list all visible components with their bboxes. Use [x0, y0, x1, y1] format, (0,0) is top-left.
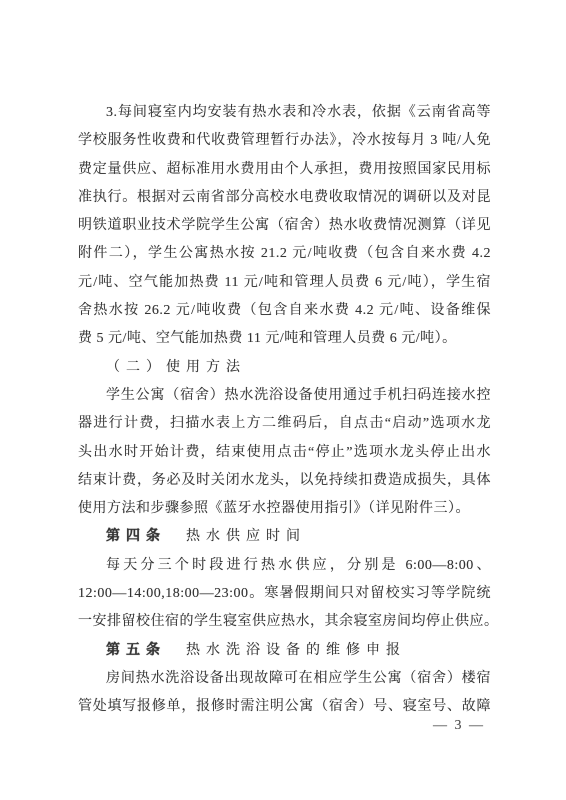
- line-text: 头出水时开始计费，结束使用点击“停止”选项水龙头停止出水: [78, 445, 491, 460]
- line-text: 器进行计费，扫描水表上方二维码后，自点击“启动”选项水龙: [78, 416, 491, 431]
- document-line: 每天分三个时段进行热水供应，分别是 6:00—8:00、: [78, 552, 491, 580]
- document-line: 第五条 热水洗浴设备的维修申报: [78, 637, 491, 665]
- line-text: 热水洗浴设备的维修申报: [166, 643, 406, 658]
- line-text: 附件二），学生公寓热水按 21.2 元/吨收费（包含自来水费 4.2: [78, 246, 491, 261]
- line-text: 学生公寓（宿舍）热水洗浴设备使用通过手机扫码连接水控: [106, 388, 491, 403]
- document-line: 使用方法和步骤参照《蓝牙水控器使用指引》（详见附件三）。: [78, 495, 491, 523]
- document-page: 3.每间寝室内均安装有热水表和冷水表，依据《云南省高等学校服务性收费和代收费管理…: [0, 0, 566, 800]
- line-text: 每天分三个时段进行热水供应，分别是 6:00—8:00、: [106, 558, 491, 573]
- document-line: 管处填写报修单，报修时需注明公寓（宿舍）号、寝室号、故障: [78, 693, 491, 721]
- document-line: 元/吨、空气能加热费 11 元/吨和管理人员费 6 元/吨），学生宿: [78, 269, 491, 297]
- line-text: 舍热水按 26.2 元/吨收费（包含自来水费 4.2 元/吨、设备维保: [78, 303, 491, 318]
- article-number-bold: 第四条: [106, 529, 166, 544]
- page-number: — 3 —: [433, 718, 485, 734]
- line-text: 热水供应时间: [166, 529, 306, 544]
- document-line: 明铁道职业技术学院学生公寓（宿舍）热水收费情况测算（详见: [78, 212, 491, 240]
- document-line: 学生公寓（宿舍）热水洗浴设备使用通过手机扫码连接水控: [78, 382, 491, 410]
- document-line: 结束计费，务必及时关闭水龙头，以免持续扣费造成损失，具体: [78, 467, 491, 495]
- line-text: 3.每间寝室内均安装有热水表和冷水表，依据《云南省高等: [106, 105, 491, 120]
- document-line: 附件二），学生公寓热水按 21.2 元/吨收费（包含自来水费 4.2: [78, 240, 491, 268]
- line-text: 一安排留校住宿的学生寝室供应热水，其余寝室房间均停止供应。: [78, 614, 499, 629]
- line-text: 准执行。根据对云南省部分高校水电费收取情况的调研以及对昆: [78, 190, 491, 205]
- line-text: 管处填写报修单，报修时需注明公寓（宿舍）号、寝室号、故障: [78, 699, 491, 714]
- line-text: 使用方法和步骤参照《蓝牙水控器使用指引》（详见附件三）。: [78, 501, 470, 516]
- document-line: 3.每间寝室内均安装有热水表和冷水表，依据《云南省高等: [78, 99, 491, 127]
- document-line: 第四条 热水供应时间: [78, 523, 491, 551]
- document-line: 12:00—14:00,18:00—23:00。寒暑假期间只对留校实习等学院统: [78, 580, 491, 608]
- line-text: 元/吨、空气能加热费 11 元/吨和管理人员费 6 元/吨），学生宿: [78, 275, 491, 290]
- line-text: 明铁道职业技术学院学生公寓（宿舍）热水收费情况测算（详见: [78, 218, 491, 233]
- article-number-bold: 第五条: [106, 643, 166, 658]
- line-text: 12:00—14:00,18:00—23:00。寒暑假期间只对留校实习等学院统: [78, 586, 491, 601]
- line-text: 房间热水洗浴设备出现故障可在相应学生公寓（宿舍）楼宿: [106, 671, 491, 686]
- document-line: （二）使用方法: [78, 354, 491, 382]
- document-line: 费定量供应、超标准用水费用由个人承担，费用按照国家民用标: [78, 156, 491, 184]
- document-line: 房间热水洗浴设备出现故障可在相应学生公寓（宿舍）楼宿: [78, 665, 491, 693]
- line-text: （二）使用方法: [106, 360, 246, 375]
- document-line: 器进行计费，扫描水表上方二维码后，自点击“启动”选项水龙: [78, 410, 491, 438]
- document-line: 舍热水按 26.2 元/吨收费（包含自来水费 4.2 元/吨、设备维保: [78, 297, 491, 325]
- line-text: 费定量供应、超标准用水费用由个人承担，费用按照国家民用标: [78, 162, 491, 177]
- document-line: 准执行。根据对云南省部分高校水电费收取情况的调研以及对昆: [78, 184, 491, 212]
- line-text: 学校服务性收费和代收费管理暂行办法》，冷水按每月 3 吨/人免: [78, 133, 491, 148]
- line-text: 结束计费，务必及时关闭水龙头，以免持续扣费造成损失，具体: [78, 473, 491, 488]
- document-line: 头出水时开始计费，结束使用点击“停止”选项水龙头停止出水: [78, 439, 491, 467]
- document-line: 费 5 元/吨、空气能加热费 11 元/吨和管理人员费 6 元/吨）。: [78, 325, 491, 353]
- document-line: 一安排留校住宿的学生寝室供应热水，其余寝室房间均停止供应。: [78, 608, 491, 636]
- document-line: 学校服务性收费和代收费管理暂行办法》，冷水按每月 3 吨/人免: [78, 127, 491, 155]
- line-text: 费 5 元/吨、空气能加热费 11 元/吨和管理人员费 6 元/吨）。: [78, 331, 457, 346]
- document-body: 3.每间寝室内均安装有热水表和冷水表，依据《云南省高等学校服务性收费和代收费管理…: [78, 99, 491, 722]
